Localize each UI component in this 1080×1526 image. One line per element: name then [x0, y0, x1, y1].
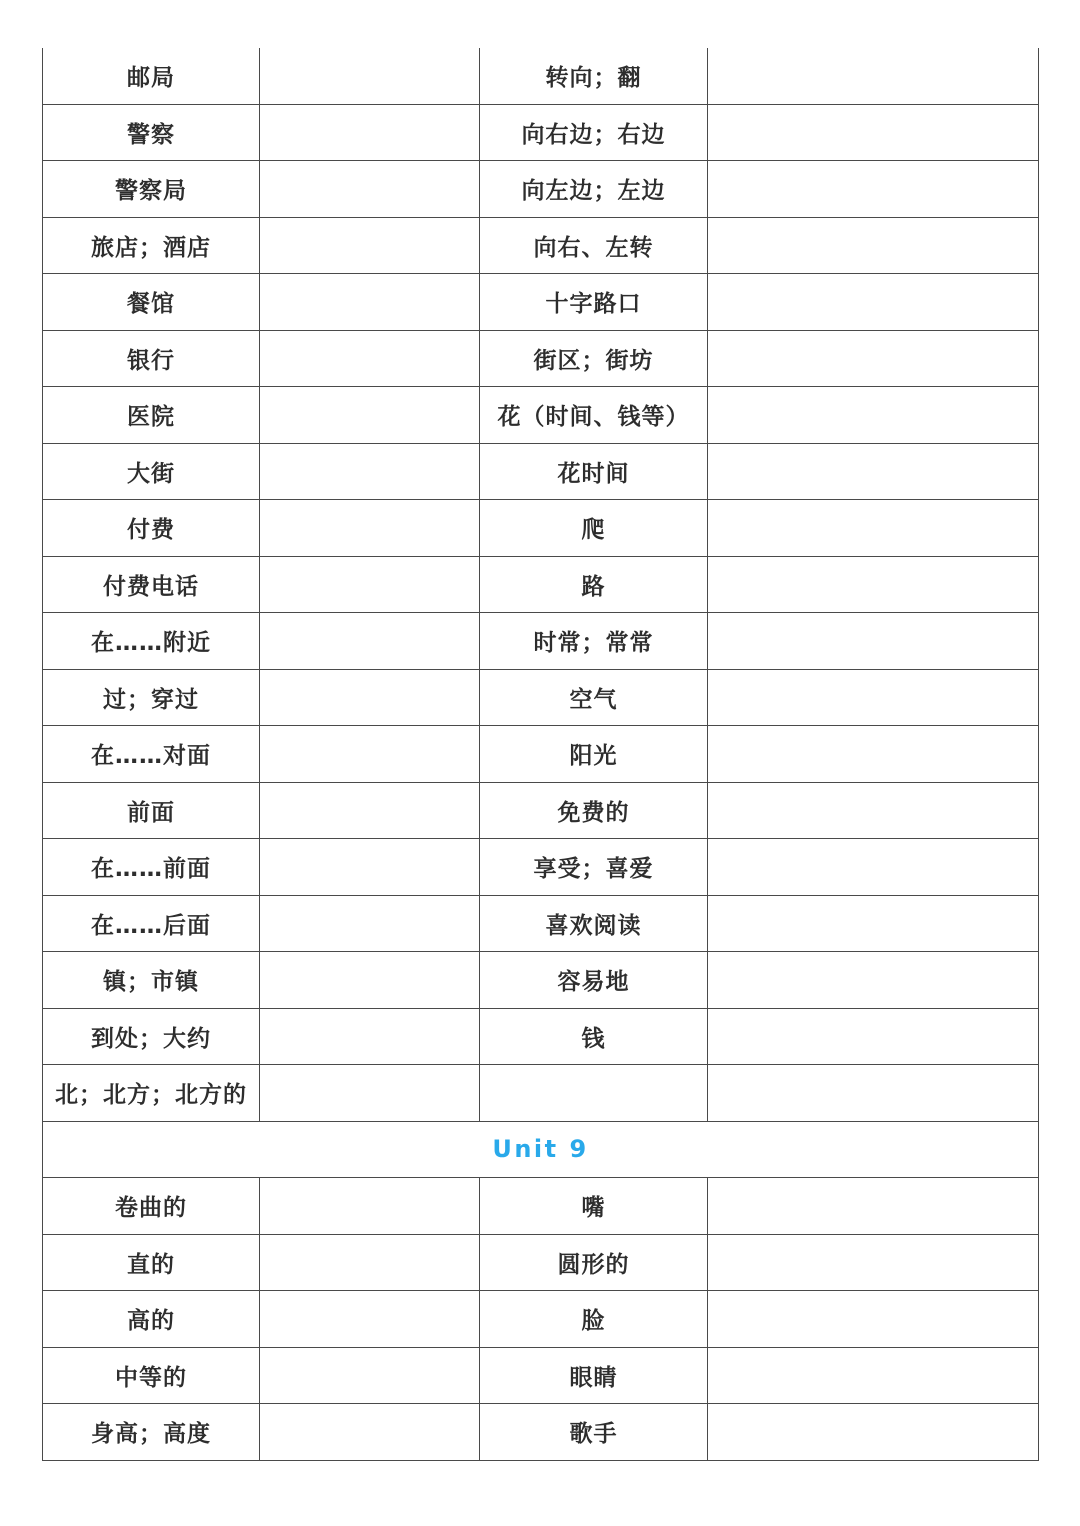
answer-blank-cell-right [708, 782, 1039, 839]
chinese-term-cell-right: 向右、左转 [480, 217, 708, 274]
answer-blank-cell-left [260, 613, 480, 670]
vocab-table: 邮局 转向；翻 警察 向右边；右边 警察局 向左边；左边 旅店；酒店 向右、左转… [42, 48, 1039, 1461]
vocab-table-body: 邮局 转向；翻 警察 向右边；右边 警察局 向左边；左边 旅店；酒店 向右、左转… [43, 48, 1039, 1460]
table-row: 在……对面 阳光 [43, 726, 1039, 783]
chinese-term-cell-left: 身高；高度 [43, 1404, 260, 1461]
chinese-term-cell-left: 到处；大约 [43, 1008, 260, 1065]
chinese-term-cell-right: 嘴 [480, 1178, 708, 1235]
answer-blank-cell-left [260, 104, 480, 161]
chinese-term-cell-right: 脸 [480, 1291, 708, 1348]
answer-blank-cell-left [260, 556, 480, 613]
answer-blank-cell-left [260, 1234, 480, 1291]
answer-blank-cell-right [708, 1404, 1039, 1461]
table-row: 在……前面 享受；喜爱 [43, 839, 1039, 896]
chinese-term-cell-left: 中等的 [43, 1347, 260, 1404]
answer-blank-cell-right [708, 48, 1039, 104]
document-page: 邮局 转向；翻 警察 向右边；右边 警察局 向左边；左边 旅店；酒店 向右、左转… [0, 0, 1080, 1526]
chinese-term-cell-left: 旅店；酒店 [43, 217, 260, 274]
answer-blank-cell-right [708, 330, 1039, 387]
answer-blank-cell-right [708, 952, 1039, 1009]
chinese-term-cell-left: 银行 [43, 330, 260, 387]
table-row: 过；穿过 空气 [43, 669, 1039, 726]
chinese-term-cell-left: 高的 [43, 1291, 260, 1348]
answer-blank-cell-right [708, 274, 1039, 331]
chinese-term-cell-left: 过；穿过 [43, 669, 260, 726]
answer-blank-cell-right [708, 1008, 1039, 1065]
table-row: 在……后面 喜欢阅读 [43, 895, 1039, 952]
chinese-term-cell-right: 享受；喜爱 [480, 839, 708, 896]
chinese-term-cell-left: 卷曲的 [43, 1178, 260, 1235]
table-row: 付费 爬 [43, 500, 1039, 557]
table-row: 身高；高度 歌手 [43, 1404, 1039, 1461]
answer-blank-cell-right [708, 1347, 1039, 1404]
chinese-term-cell-right: 时常；常常 [480, 613, 708, 670]
chinese-term-cell-right: 阳光 [480, 726, 708, 783]
answer-blank-cell-right [708, 161, 1039, 218]
answer-blank-cell-left [260, 48, 480, 104]
table-row: 在……附近 时常；常常 [43, 613, 1039, 670]
chinese-term-cell-left: 在……对面 [43, 726, 260, 783]
answer-blank-cell-right [708, 1291, 1039, 1348]
table-row: 付费电话 路 [43, 556, 1039, 613]
chinese-term-cell-right: 喜欢阅读 [480, 895, 708, 952]
chinese-term-cell-right [480, 1065, 708, 1122]
chinese-term-cell-right: 空气 [480, 669, 708, 726]
chinese-term-cell-right: 转向；翻 [480, 48, 708, 104]
answer-blank-cell-left [260, 500, 480, 557]
chinese-term-cell-right: 花（时间、钱等） [480, 387, 708, 444]
chinese-term-cell-left: 警察局 [43, 161, 260, 218]
chinese-term-cell-left: 北；北方；北方的 [43, 1065, 260, 1122]
answer-blank-cell-left [260, 1291, 480, 1348]
chinese-term-cell-right: 免费的 [480, 782, 708, 839]
answer-blank-cell-left [260, 217, 480, 274]
answer-blank-cell-right [708, 895, 1039, 952]
chinese-term-cell-left: 警察 [43, 104, 260, 161]
chinese-term-cell-left: 镇；市镇 [43, 952, 260, 1009]
chinese-term-cell-right: 钱 [480, 1008, 708, 1065]
table-row: 卷曲的 嘴 [43, 1178, 1039, 1235]
chinese-term-cell-left: 在……后面 [43, 895, 260, 952]
unit-header-label: Unit 9 [43, 1121, 1039, 1178]
chinese-term-cell-right: 圆形的 [480, 1234, 708, 1291]
answer-blank-cell-left [260, 669, 480, 726]
answer-blank-cell-left [260, 895, 480, 952]
answer-blank-cell-left [260, 782, 480, 839]
table-row: 大街 花时间 [43, 443, 1039, 500]
answer-blank-cell-left [260, 1347, 480, 1404]
table-row: 旅店；酒店 向右、左转 [43, 217, 1039, 274]
answer-blank-cell-right [708, 1065, 1039, 1122]
answer-blank-cell-right [708, 1178, 1039, 1235]
table-row: 到处；大约 钱 [43, 1008, 1039, 1065]
answer-blank-cell-right [708, 500, 1039, 557]
chinese-term-cell-right: 向左边；左边 [480, 161, 708, 218]
table-row: 邮局 转向；翻 [43, 48, 1039, 104]
chinese-term-cell-right: 路 [480, 556, 708, 613]
answer-blank-cell-right [708, 104, 1039, 161]
table-row: 银行 街区；街坊 [43, 330, 1039, 387]
chinese-term-cell-left: 在……前面 [43, 839, 260, 896]
chinese-term-cell-right: 花时间 [480, 443, 708, 500]
table-row: 医院 花（时间、钱等） [43, 387, 1039, 444]
chinese-term-cell-left: 付费电话 [43, 556, 260, 613]
chinese-term-cell-right: 眼睛 [480, 1347, 708, 1404]
answer-blank-cell-left [260, 330, 480, 387]
answer-blank-cell-left [260, 274, 480, 331]
table-row: 警察 向右边；右边 [43, 104, 1039, 161]
table-row: 直的 圆形的 [43, 1234, 1039, 1291]
chinese-term-cell-right: 向右边；右边 [480, 104, 708, 161]
table-row: 北；北方；北方的 [43, 1065, 1039, 1122]
answer-blank-cell-right [708, 839, 1039, 896]
chinese-term-cell-right: 十字路口 [480, 274, 708, 331]
chinese-term-cell-right: 爬 [480, 500, 708, 557]
answer-blank-cell-right [708, 443, 1039, 500]
answer-blank-cell-left [260, 161, 480, 218]
table-row: 镇；市镇 容易地 [43, 952, 1039, 1009]
chinese-term-cell-left: 直的 [43, 1234, 260, 1291]
answer-blank-cell-left [260, 443, 480, 500]
chinese-term-cell-right: 街区；街坊 [480, 330, 708, 387]
chinese-term-cell-right: 容易地 [480, 952, 708, 1009]
answer-blank-cell-right [708, 613, 1039, 670]
chinese-term-cell-right: 歌手 [480, 1404, 708, 1461]
table-row: 中等的 眼睛 [43, 1347, 1039, 1404]
chinese-term-cell-left: 付费 [43, 500, 260, 557]
table-row: 前面 免费的 [43, 782, 1039, 839]
answer-blank-cell-left [260, 1008, 480, 1065]
answer-blank-cell-left [260, 839, 480, 896]
chinese-term-cell-left: 餐馆 [43, 274, 260, 331]
answer-blank-cell-left [260, 1065, 480, 1122]
answer-blank-cell-right [708, 726, 1039, 783]
answer-blank-cell-left [260, 387, 480, 444]
chinese-term-cell-left: 在……附近 [43, 613, 260, 670]
answer-blank-cell-right [708, 217, 1039, 274]
answer-blank-cell-right [708, 387, 1039, 444]
chinese-term-cell-left: 医院 [43, 387, 260, 444]
answer-blank-cell-right [708, 1234, 1039, 1291]
answer-blank-cell-right [708, 556, 1039, 613]
chinese-term-cell-left: 前面 [43, 782, 260, 839]
unit-header-row: Unit 9 [43, 1121, 1039, 1178]
table-row: 餐馆 十字路口 [43, 274, 1039, 331]
answer-blank-cell-right [708, 669, 1039, 726]
table-row: 高的 脸 [43, 1291, 1039, 1348]
answer-blank-cell-left [260, 952, 480, 1009]
answer-blank-cell-left [260, 726, 480, 783]
table-row: 警察局 向左边；左边 [43, 161, 1039, 218]
chinese-term-cell-left: 大街 [43, 443, 260, 500]
answer-blank-cell-left [260, 1404, 480, 1461]
chinese-term-cell-left: 邮局 [43, 48, 260, 104]
answer-blank-cell-left [260, 1178, 480, 1235]
